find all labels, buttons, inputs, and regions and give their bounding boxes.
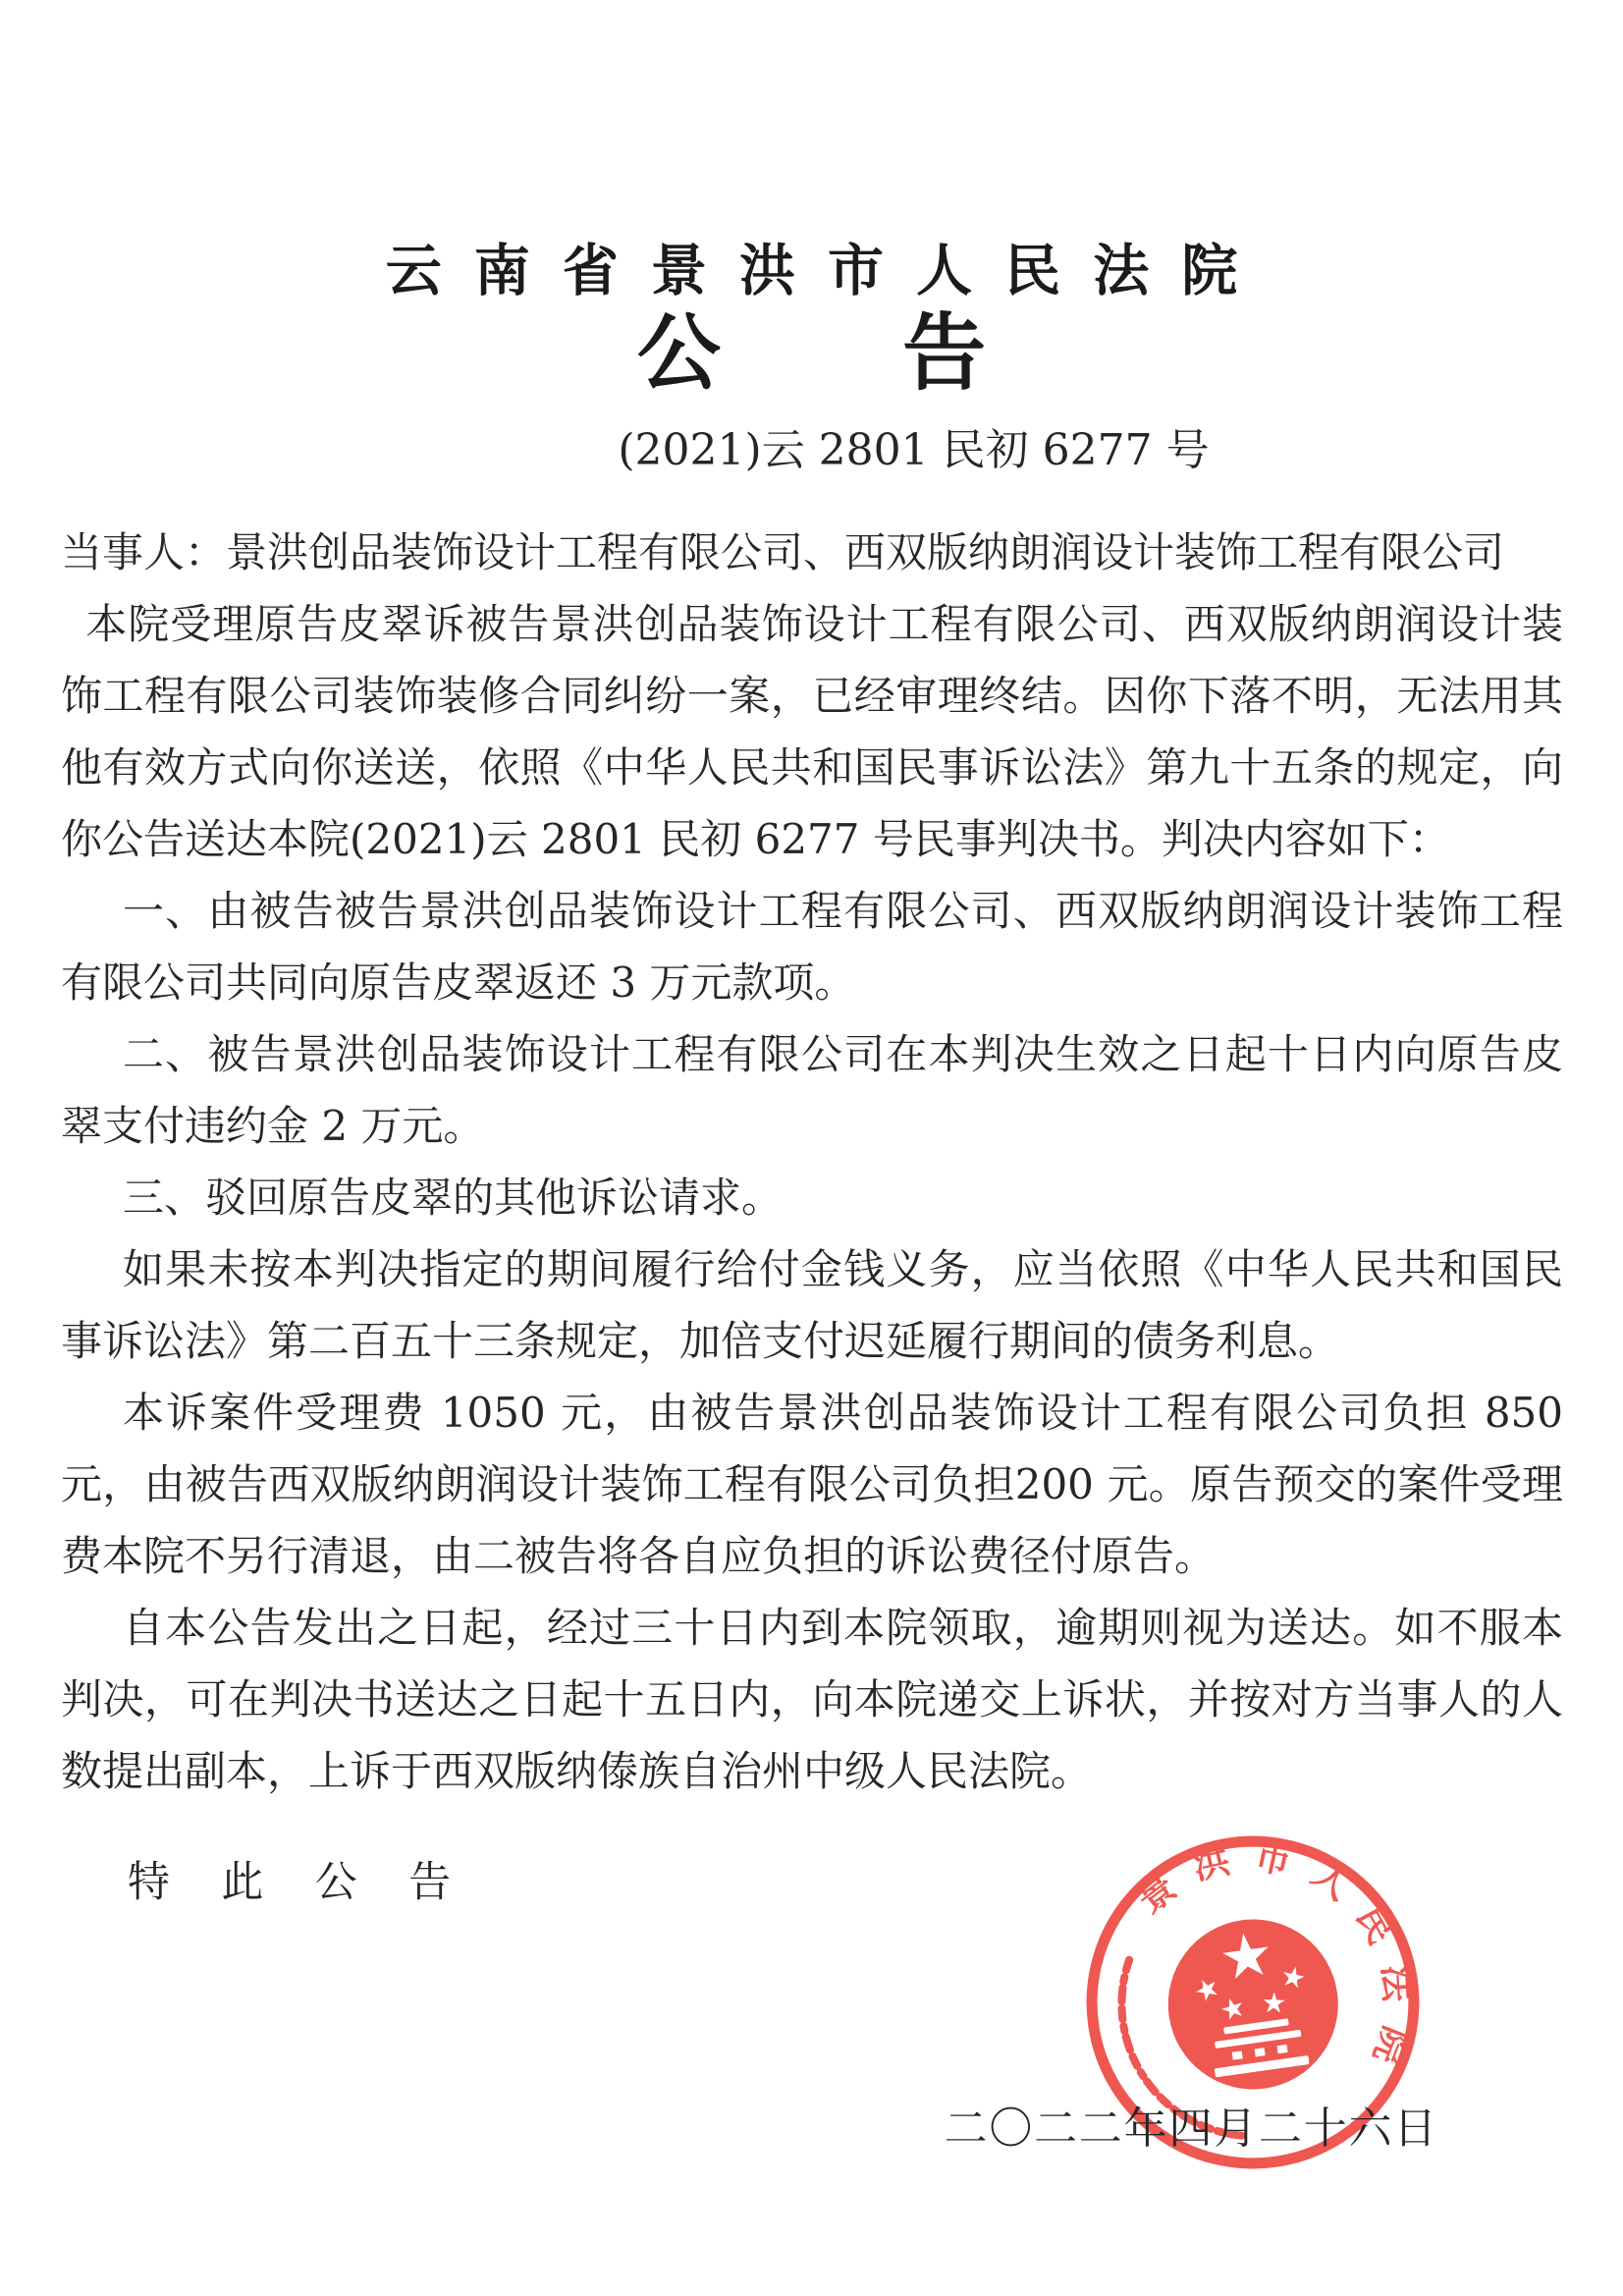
body-paragraph-item-3: 三、驳回原告皮翠的其他诉讼请求。 [61,1162,1563,1233]
issue-date: 二〇二二年四月二十六日 [945,2104,1438,2156]
doc-title: 公告 [0,310,1623,398]
case-number: (2021)云 2801 民初 6277 号 [102,427,1623,474]
national-emblem-icon [1158,1908,1349,2100]
court-name: 云南省景洪市人民法院 [0,0,1623,299]
body-paragraph: 自本公告发出之日起，经过三十日内到本院领取，逾期则视为送达。如不服本判决，可在判… [61,1592,1563,1807]
announcement-document: 云南省景洪市人民法院 公告 (2021)云 2801 民初 6277 号 当事人… [0,0,1623,2296]
body-paragraph: 本院受理原告皮翠诉被告景洪创品装饰设计工程有限公司、西双版纳朗润设计装饰工程有限… [61,588,1563,875]
doc-body: 当事人：景洪创品装饰设计工程有限公司、西双版纳朗润设计装饰工程有限公司 本院受理… [0,517,1623,1807]
body-paragraph-item-2: 二、被告景洪创品装饰设计工程有限公司在本判决生效之日起十日内向原告皮翠支付违约金… [61,1018,1563,1162]
body-paragraph-item-1: 一、由被告被告景洪创品装饰设计工程有限公司、西双版纳朗润设计装饰工程有限公司共同… [61,875,1563,1018]
body-paragraph-parties: 当事人：景洪创品装饰设计工程有限公司、西双版纳朗润设计装饰工程有限公司 [61,517,1563,588]
body-paragraph: 如果未按本判决指定的期间履行给付金钱义务，应当依照《中华人民共和国民事诉讼法》第… [61,1233,1563,1377]
body-paragraph: 本诉案件受理费 1050 元，由被告景洪创品装饰设计工程有限公司负担 850 元… [61,1377,1563,1592]
